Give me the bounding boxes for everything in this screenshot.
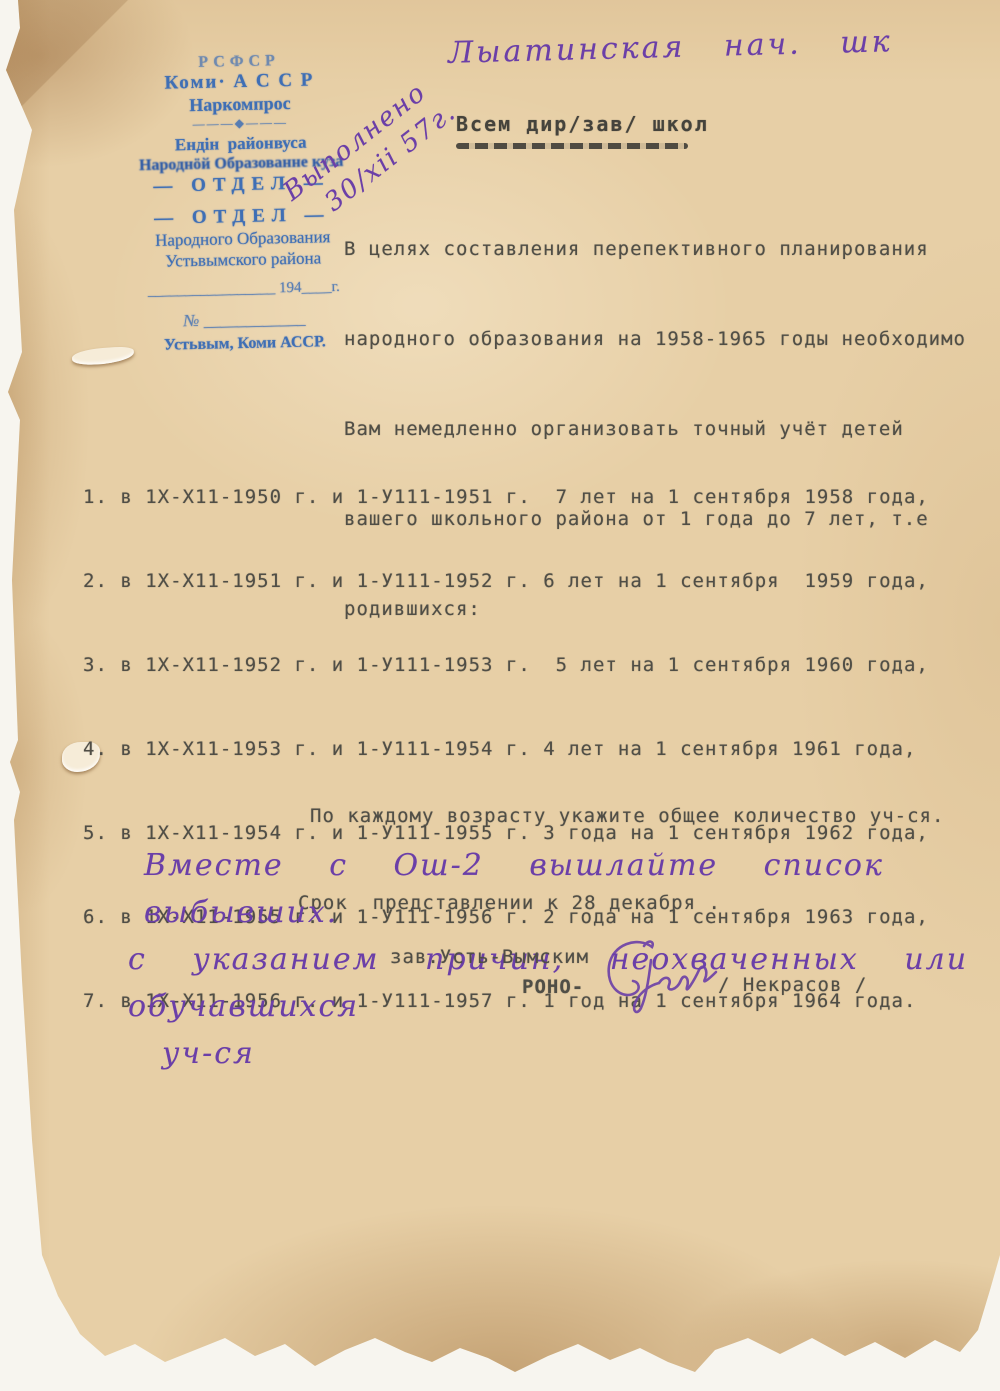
handwritten-note-line: уч-ся [162, 1030, 1000, 1077]
scanned-document: Лыатинская нач. шк РСФСР Коми· А С С Р Н… [0, 0, 1000, 1391]
heading-dashed-underline [456, 143, 688, 149]
list-item: 1. в 1Х-Х11-1950 г. и 1-У111-1951 г. 7 л… [83, 486, 929, 526]
paragraph-line: народного образования на 1958-1965 годы … [344, 328, 966, 374]
list-item: 2. в 1Х-Х11-1951 г. и 1-У111-1952 г. 6 л… [83, 570, 929, 610]
handwritten-signature [588, 934, 738, 1022]
paragraph-line: В целях составления перепективного плани… [344, 238, 966, 284]
handwritten-note-line: Вместе с Ош-2 вышлайте список выбывших. [144, 842, 1000, 936]
signature-title-line1: зав.Усть-Вымским [390, 946, 589, 968]
document-heading: Всем дир/зав/ школ [456, 112, 709, 136]
signature-name: / Некрасов / [718, 974, 867, 996]
signature-title-line2: РОНО- [522, 976, 584, 998]
list-item: 3. в 1Х-Х11-1952 г. и 1-У111-1953 г. 5 л… [83, 654, 929, 694]
